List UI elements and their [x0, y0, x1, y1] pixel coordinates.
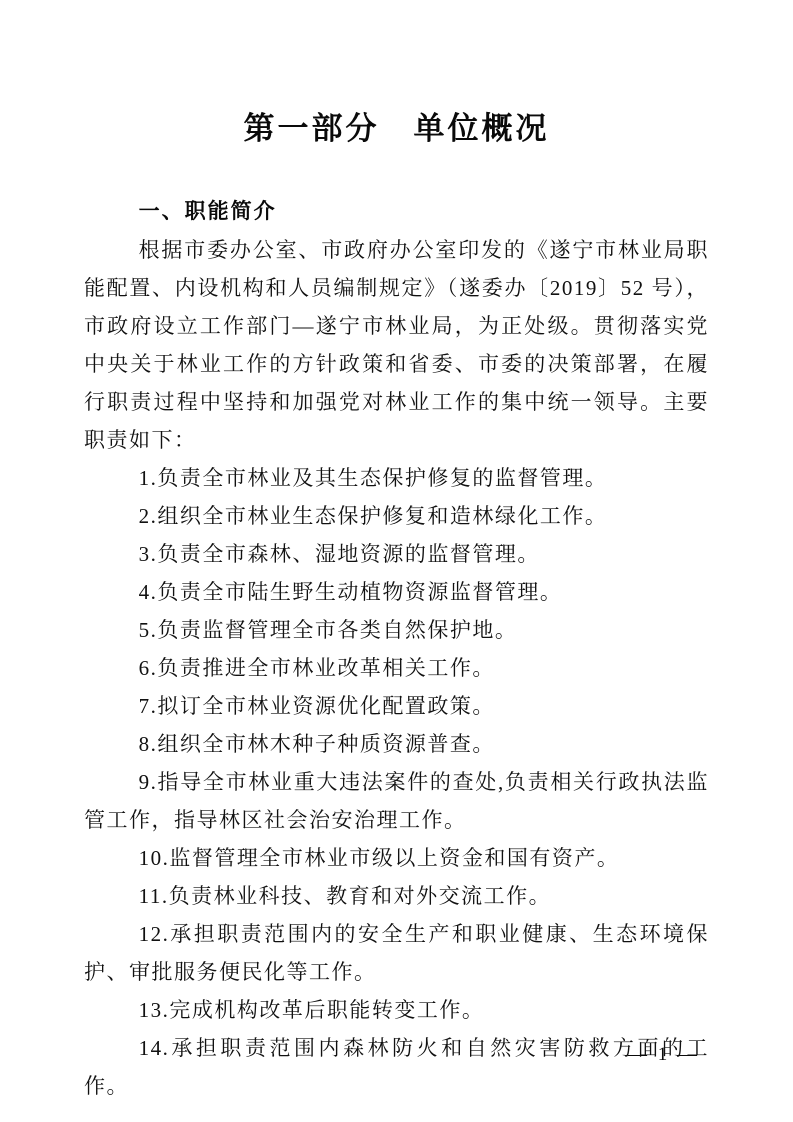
intro-paragraph: 根据市委办公室、市政府办公室印发的《遂宁市林业局职能配置、内设机构和人员编制规定… [84, 231, 709, 459]
duty-item: 8.组织全市林木种子种质资源普查。 [84, 725, 709, 763]
page-number: — 1 — [628, 1044, 700, 1066]
duty-item: 3.负责全市森林、湿地资源的监督管理。 [84, 535, 709, 573]
section-body: 根据市委办公室、市政府办公室印发的《遂宁市林业局职能配置、内设机构和人员编制规定… [84, 231, 709, 1105]
duty-item: 14.承担职责范围内森林防火和自然灾害防救方面的工作。 [84, 1029, 709, 1105]
duties-list: 1.负责全市林业及其生态保护修复的监督管理。2.组织全市林业生态保护修复和造林绿… [84, 459, 709, 1105]
duty-item: 10.监督管理全市林业市级以上资金和国有资产。 [84, 839, 709, 877]
duty-item: 4.负责全市陆生野生动植物资源监督管理。 [84, 573, 709, 611]
duty-item: 6.负责推进全市林业改革相关工作。 [84, 649, 709, 687]
duty-item: 13.完成机构改革后职能转变工作。 [84, 991, 709, 1029]
duty-item: 11.负责林业科技、教育和对外交流工作。 [84, 877, 709, 915]
duty-item: 7.拟订全市林业资源优化配置政策。 [84, 687, 709, 725]
duty-item: 9.指导全市林业重大违法案件的查处,负责相关行政执法监管工作，指导林区社会治安治… [84, 763, 709, 839]
document-page: 第一部分 单位概况 一、职能简介 根据市委办公室、市政府办公室印发的《遂宁市林业… [0, 0, 793, 1122]
duty-item: 2.组织全市林业生态保护修复和造林绿化工作。 [84, 497, 709, 535]
page-title: 第一部分 单位概况 [84, 103, 709, 148]
duty-item: 5.负责监督管理全市各类自然保护地。 [84, 611, 709, 649]
section-heading: 一、职能简介 [84, 195, 709, 225]
duty-item: 1.负责全市林业及其生态保护修复的监督管理。 [84, 459, 709, 497]
duty-item: 12.承担职责范围内的安全生产和职业健康、生态环境保护、审批服务便民化等工作。 [84, 915, 709, 991]
